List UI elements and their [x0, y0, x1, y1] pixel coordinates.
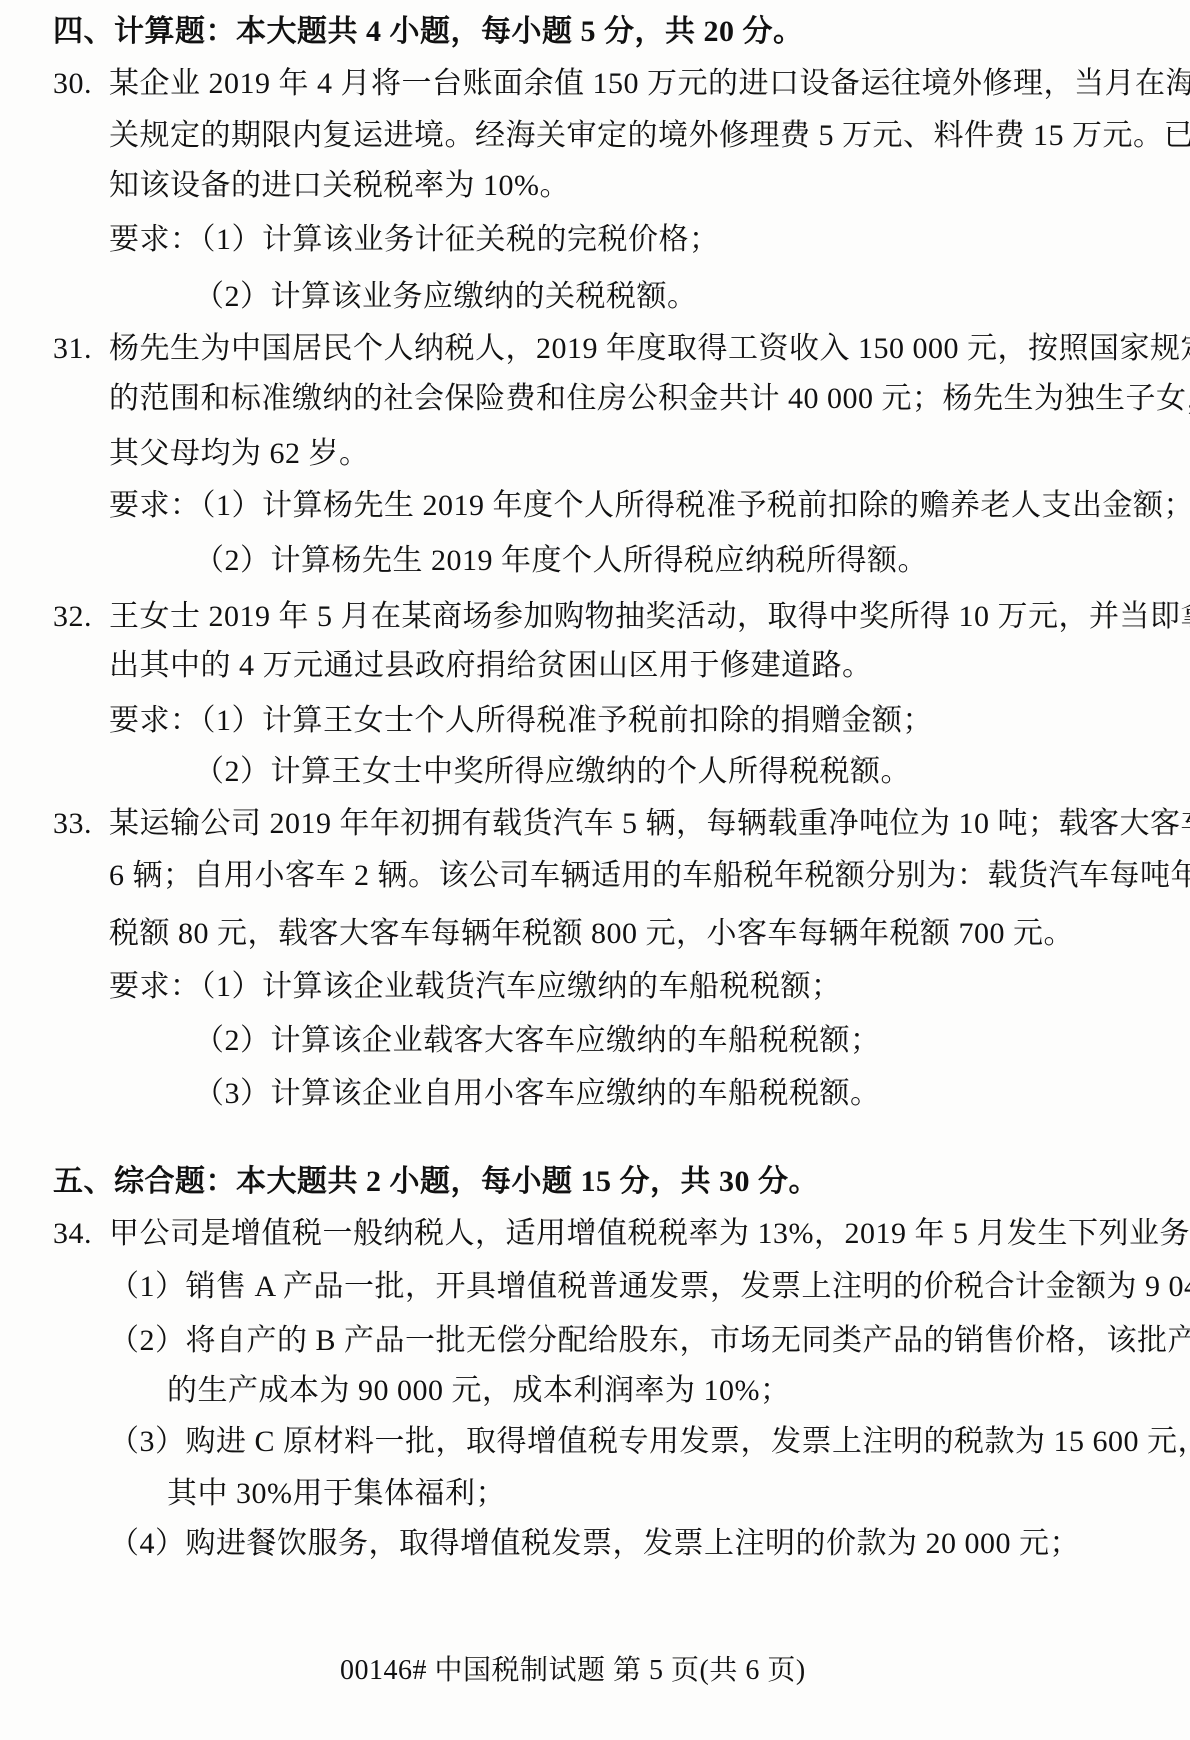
question-requirement-line: （2）计算王女士中奖所得应缴纳的个人所得税税额。 [194, 756, 911, 788]
question-line: 王女士 2019 年 5 月在某商场参加购物抽奖活动，取得中奖所得 10 万元，… [109, 601, 1190, 633]
question-line: 某运输公司 2019 年年初拥有载货汽车 5 辆，每辆载重净吨位为 10 吨；载… [109, 808, 1190, 840]
question-line: 甲公司是增值税一般纳税人，适用增值税税率为 13%，2019 年 5 月发生下列… [109, 1218, 1190, 1250]
question-requirement-line: 要求：（1）计算该业务计征关税的完税价格； [109, 224, 720, 256]
question-item-line: （2）将自产的 B 产品一批无偿分配给股东，市场无同类产品的销售价格，该批产品 [109, 1325, 1190, 1357]
question-number: 31. [53, 333, 92, 365]
question-number: 32. [53, 601, 92, 633]
question-item-line: 的生产成本为 90 000 元，成本利润率为 10%； [167, 1375, 791, 1407]
question-number: 30. [53, 68, 92, 100]
question-line: 关规定的期限内复运进境。经海关审定的境外修理费 5 万元、料件费 15 万元。已 [109, 120, 1190, 152]
question-line: 税额 80 元，载客大客车每辆年税额 800 元，小客车每辆年税额 700 元。 [109, 918, 1074, 950]
question-line: 出其中的 4 万元通过县政府捐给贫困山区用于修建道路。 [109, 650, 873, 682]
question-line: 其父母均为 62 岁。 [109, 438, 370, 470]
question-item-line: 其中 30%用于集体福利； [167, 1478, 506, 1510]
question-requirement-line: 要求：（1）计算王女士个人所得税准予税前扣除的捐赠金额； [109, 705, 933, 737]
question-item-line: （4）购进餐饮服务，取得增值税发票，发票上注明的价款为 20 000 元； [109, 1528, 1080, 1560]
question-line: 某企业 2019 年 4 月将一台账面余值 150 万元的进口设备运往境外修理，… [109, 68, 1190, 100]
question-line: 杨先生为中国居民个人纳税人，2019 年度取得工资收入 150 000 元，按照… [109, 333, 1190, 365]
question-requirement-line: （2）计算该企业载客大客车应缴纳的车船税税额； [194, 1025, 881, 1057]
question-requirement-line: （2）计算该业务应缴纳的关税税额。 [194, 281, 698, 313]
exam-page: 四、计算题：本大题共 4 小题，每小题 5 分，共 20 分。 30. 某企业 … [0, 0, 1190, 1740]
section-header-calculation: 四、计算题：本大题共 4 小题，每小题 5 分，共 20 分。 [53, 16, 804, 48]
question-line: 的范围和标准缴纳的社会保险费和住房公积金共计 40 000 元；杨先生为独生子女… [109, 383, 1190, 415]
question-requirement-line: （2）计算杨先生 2019 年度个人所得税应纳税所得额。 [194, 545, 928, 577]
question-requirement-line: 要求：（1）计算该企业载货汽车应缴纳的车船税税额； [109, 971, 842, 1003]
question-line: 知该设备的进口关税税率为 10%。 [109, 170, 570, 202]
section-header-comprehensive: 五、综合题：本大题共 2 小题，每小题 15 分，共 30 分。 [53, 1166, 819, 1198]
question-line: 6 辆；自用小客车 2 辆。该公司车辆适用的车船税年税额分别为：载货汽车每吨年 [109, 860, 1190, 892]
question-item-line: （3）购进 C 原材料一批，取得增值税专用发票，发票上注明的税款为 15 600… [109, 1426, 1190, 1458]
question-number: 34. [53, 1218, 92, 1250]
question-requirement-line: （3）计算该企业自用小客车应缴纳的车船税税额。 [194, 1078, 881, 1110]
question-number: 33. [53, 808, 92, 840]
question-requirement-line: 要求：（1）计算杨先生 2019 年度个人所得税准予税前扣除的赡养老人支出金额； [109, 490, 1190, 522]
question-item-line: （1）销售 A 产品一批，开具增值税普通发票，发票上注明的价税合计金额为 9 0… [109, 1271, 1190, 1303]
page-footer: 00146# 中国税制试题 第 5 页(共 6 页) [340, 1656, 806, 1686]
